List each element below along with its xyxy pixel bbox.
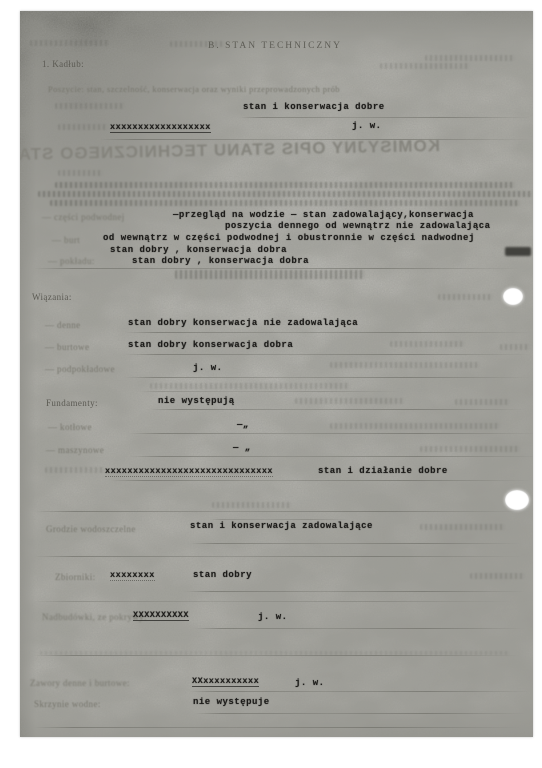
- illegible-print-smudge: [150, 383, 350, 389]
- typed-nadbudowki-value: j. w.: [258, 612, 288, 622]
- typed-stan-dobry-1: stan dobry , konserwacja dobra: [110, 245, 287, 255]
- illegible-print-smudge: [330, 362, 480, 368]
- ink-smudge: [505, 247, 531, 256]
- ruled-line: [35, 556, 520, 557]
- typed-maszynowe-ditto: — „: [233, 443, 251, 453]
- ruled-line: [125, 354, 530, 355]
- typed-stan-dobry-2: stan dobry , konserwacja dobra: [132, 256, 309, 266]
- illegible-print-smudge: [58, 124, 108, 130]
- ruled-line: [110, 480, 530, 481]
- label-wiazania: Wiązania:: [32, 292, 72, 302]
- section-heading: B. STAN TECHNICZNY: [208, 41, 342, 51]
- typed-crossed-out-long: xxxxxxxxxxxxxxxxxxxxxxxxxxxxxx: [105, 466, 273, 477]
- label-czesci-podwodnej: — części podwodnej: [42, 212, 125, 222]
- ruled-line: [125, 332, 530, 333]
- typed-skrzynie-value: nie występuje: [193, 697, 270, 707]
- illegible-print-line: [55, 182, 515, 188]
- typed-od-wewnatrz: od wewnątrz w części podwodnej i obustro…: [103, 233, 475, 243]
- illegible-print-smudge: [420, 524, 505, 530]
- typed-przeglad: —przegląd na wodzie — stan zadowalający,…: [173, 210, 474, 220]
- illegible-print-smudge: [295, 398, 405, 404]
- illegible-print-smudge: [212, 502, 292, 508]
- illegible-print-line: [38, 191, 533, 197]
- bleedthrough-mirrored-title: KOMISYJNY OPIS STANU TECHNICZNEGO STATKU: [60, 136, 440, 164]
- typed-zbiorniki-value: stan dobry: [193, 570, 252, 580]
- illegible-print-smudge: [500, 344, 530, 350]
- illegible-print-line: [50, 200, 520, 206]
- typed-burtowe-value: stan dobry konserwacja dobra: [128, 340, 293, 350]
- illegible-print-smudge: [58, 170, 103, 176]
- typed-kotlowe-ditto: —„: [237, 420, 249, 430]
- label-burt: — burt: [52, 235, 80, 245]
- illegible-print-smudge: [330, 423, 500, 429]
- typed-poszycia-dennego: poszycia dennego od wewnątrz nie zadowal…: [225, 221, 491, 231]
- typed-jw: j. w.: [352, 121, 382, 131]
- illegible-print-smudge: [390, 341, 465, 347]
- illegible-print-smudge: [380, 63, 470, 69]
- label-zawory: Zawory denne i burtowe:: [30, 678, 130, 688]
- ruled-line: [190, 543, 520, 544]
- label-zbiorniki: Zbiorniki:: [55, 572, 96, 582]
- typed-dzialanie-value: stan i działanie dobre: [318, 466, 448, 476]
- ruled-line: [35, 727, 520, 728]
- ruled-line: [35, 268, 520, 269]
- label-fundamenty: Fundamenty:: [46, 398, 98, 408]
- illegible-print-smudge: [470, 573, 525, 579]
- label-denne: — denne: [45, 320, 81, 330]
- illegible-print-smudge: [438, 294, 493, 300]
- ruled-line: [130, 433, 533, 434]
- ruled-line: [195, 713, 525, 714]
- printed-poszycie-line: Poszycie: stan, szczelność, konserwacja …: [48, 84, 340, 94]
- illegible-print-smudge: [425, 55, 515, 61]
- ruled-line: [240, 117, 530, 118]
- ruled-line: [190, 691, 530, 692]
- label-pokladu: — pokładu:: [48, 256, 95, 266]
- illegible-bleed-heading: [175, 270, 365, 279]
- typed-denne-value: stan dobry konserwacja nie zadowalająca: [128, 318, 358, 328]
- hole-punch: [505, 490, 529, 510]
- ruled-line: [125, 377, 530, 378]
- ruled-line: [150, 409, 525, 410]
- label-podpokladowe: — podpokładowe: [45, 364, 115, 374]
- illegible-print-smudge: [420, 446, 520, 452]
- typed-zawory-value: j. w.: [295, 678, 325, 688]
- typed-row1-value: stan i konserwacja dobre: [243, 102, 385, 112]
- ruled-line: [140, 391, 400, 392]
- ruled-line: [185, 591, 525, 592]
- illegible-print-smudge: [455, 399, 510, 405]
- label-kotlowe: — kotłowe: [48, 422, 92, 432]
- ruled-line: [35, 511, 525, 512]
- form-item-kadlub: 1. Kadłub:: [42, 59, 84, 69]
- typed-crossed-zawory: XXxxxxxxxxxx: [192, 676, 259, 687]
- scanned-document-page: B. STAN TECHNICZNY 1. Kadłub: Poszycie: …: [20, 11, 533, 737]
- label-grodzie: Grodzie wodoszczelne: [46, 524, 136, 534]
- label-skrzynie: Skrzynie wodne:: [34, 699, 101, 709]
- typed-podpokladowe-value: j. w.: [193, 363, 223, 373]
- label-nadbudowki: Nadbudówki, ze pokrywy:: [42, 612, 147, 622]
- label-maszynowe: — maszynowe: [46, 445, 104, 455]
- typed-crossed-nadbudowki: XXXXXXXXXX: [133, 610, 189, 621]
- ruled-line: [35, 655, 520, 656]
- hole-punch: [503, 288, 523, 305]
- illegible-print-smudge: [55, 103, 125, 109]
- ruled-line: [210, 519, 350, 520]
- ruled-line: [35, 601, 515, 602]
- typed-fundamenty-value: nie występują: [158, 396, 235, 406]
- label-burtowe: — burtowe: [45, 342, 89, 352]
- typed-crossed-out: xxxxxxxxxxxxxxxxxx: [110, 122, 211, 133]
- ruled-line: [130, 456, 533, 457]
- ruled-line: [195, 628, 525, 629]
- typed-crossed-zbiorniki: xxxxxxxx: [110, 570, 155, 581]
- illegible-print-smudge: [30, 40, 110, 46]
- illegible-print-smudge: [45, 467, 105, 473]
- typed-grodzie-value: stan i konserwacja zadowalające: [190, 521, 373, 531]
